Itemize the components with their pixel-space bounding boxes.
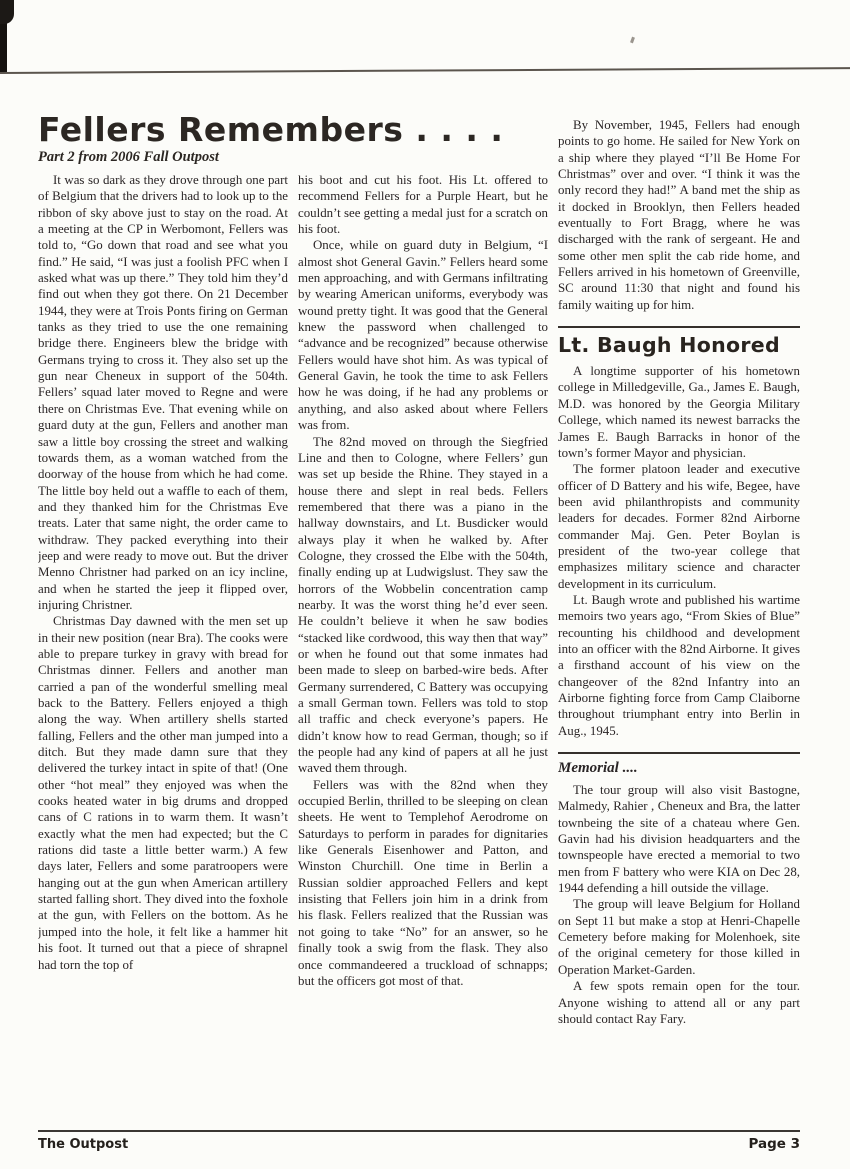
column-3: By November, 1945, Fellers had enough po… <box>558 112 800 1117</box>
article-subtitle: Part 2 from 2006 Fall Outpost <box>38 149 548 166</box>
fellers-article: Fellers Remembers . . . . Part 2 from 20… <box>38 112 548 1120</box>
paragraph: The former platoon leader and executive … <box>558 461 800 592</box>
footer-rule <box>38 1130 800 1132</box>
baugh-section-heading: Lt. Baugh Honored <box>558 333 800 357</box>
column-2: his boot and cut his foot. His Lt. offer… <box>298 172 548 1120</box>
paragraph: his boot and cut his foot. His Lt. offer… <box>298 172 548 237</box>
article-columns: It was so dark as they drove through one… <box>38 172 548 1120</box>
page-footer: The Outpost Page 3 <box>38 1136 800 1152</box>
paragraph: A longtime supporter of his hometown col… <box>558 363 800 461</box>
article-masthead: Fellers Remembers . . . . Part 2 from 20… <box>38 112 548 172</box>
section-rule <box>558 752 800 754</box>
scan-speck <box>630 37 635 44</box>
footer-publication: The Outpost <box>38 1137 128 1152</box>
paragraph: The group will leave Belgium for Holland… <box>558 896 800 978</box>
article-title: Fellers Remembers . . . . <box>38 112 548 148</box>
page-content: Fellers Remembers . . . . Part 2 from 20… <box>38 112 800 1122</box>
paragraph: By November, 1945, Fellers had enough po… <box>558 117 800 313</box>
memorial-section-heading: Memorial .... <box>558 759 800 778</box>
column-1: It was so dark as they drove through one… <box>38 172 288 1120</box>
paragraph: The 82nd moved on through the Siegfried … <box>298 434 548 777</box>
paragraph: Once, while on guard duty in Belgium, “I… <box>298 237 548 433</box>
paragraph: Fellers was with the 82nd when they occu… <box>298 777 548 989</box>
section-rule <box>558 326 800 328</box>
paragraph: A few spots remain open for the tour. An… <box>558 978 800 1027</box>
scanned-newsletter-page: Fellers Remembers . . . . Part 2 from 20… <box>0 0 850 1169</box>
scan-corner-smudge <box>0 0 14 24</box>
scan-page-edge-line <box>0 67 850 74</box>
paragraph: Lt. Baugh wrote and published his wartim… <box>558 592 800 739</box>
paragraph: The tour group will also visit Bastogne,… <box>558 782 800 896</box>
footer-page-number: Page 3 <box>748 1136 800 1152</box>
paragraph: It was so dark as they drove through one… <box>38 172 288 613</box>
paragraph: Christmas Day dawned with the men set up… <box>38 613 288 973</box>
